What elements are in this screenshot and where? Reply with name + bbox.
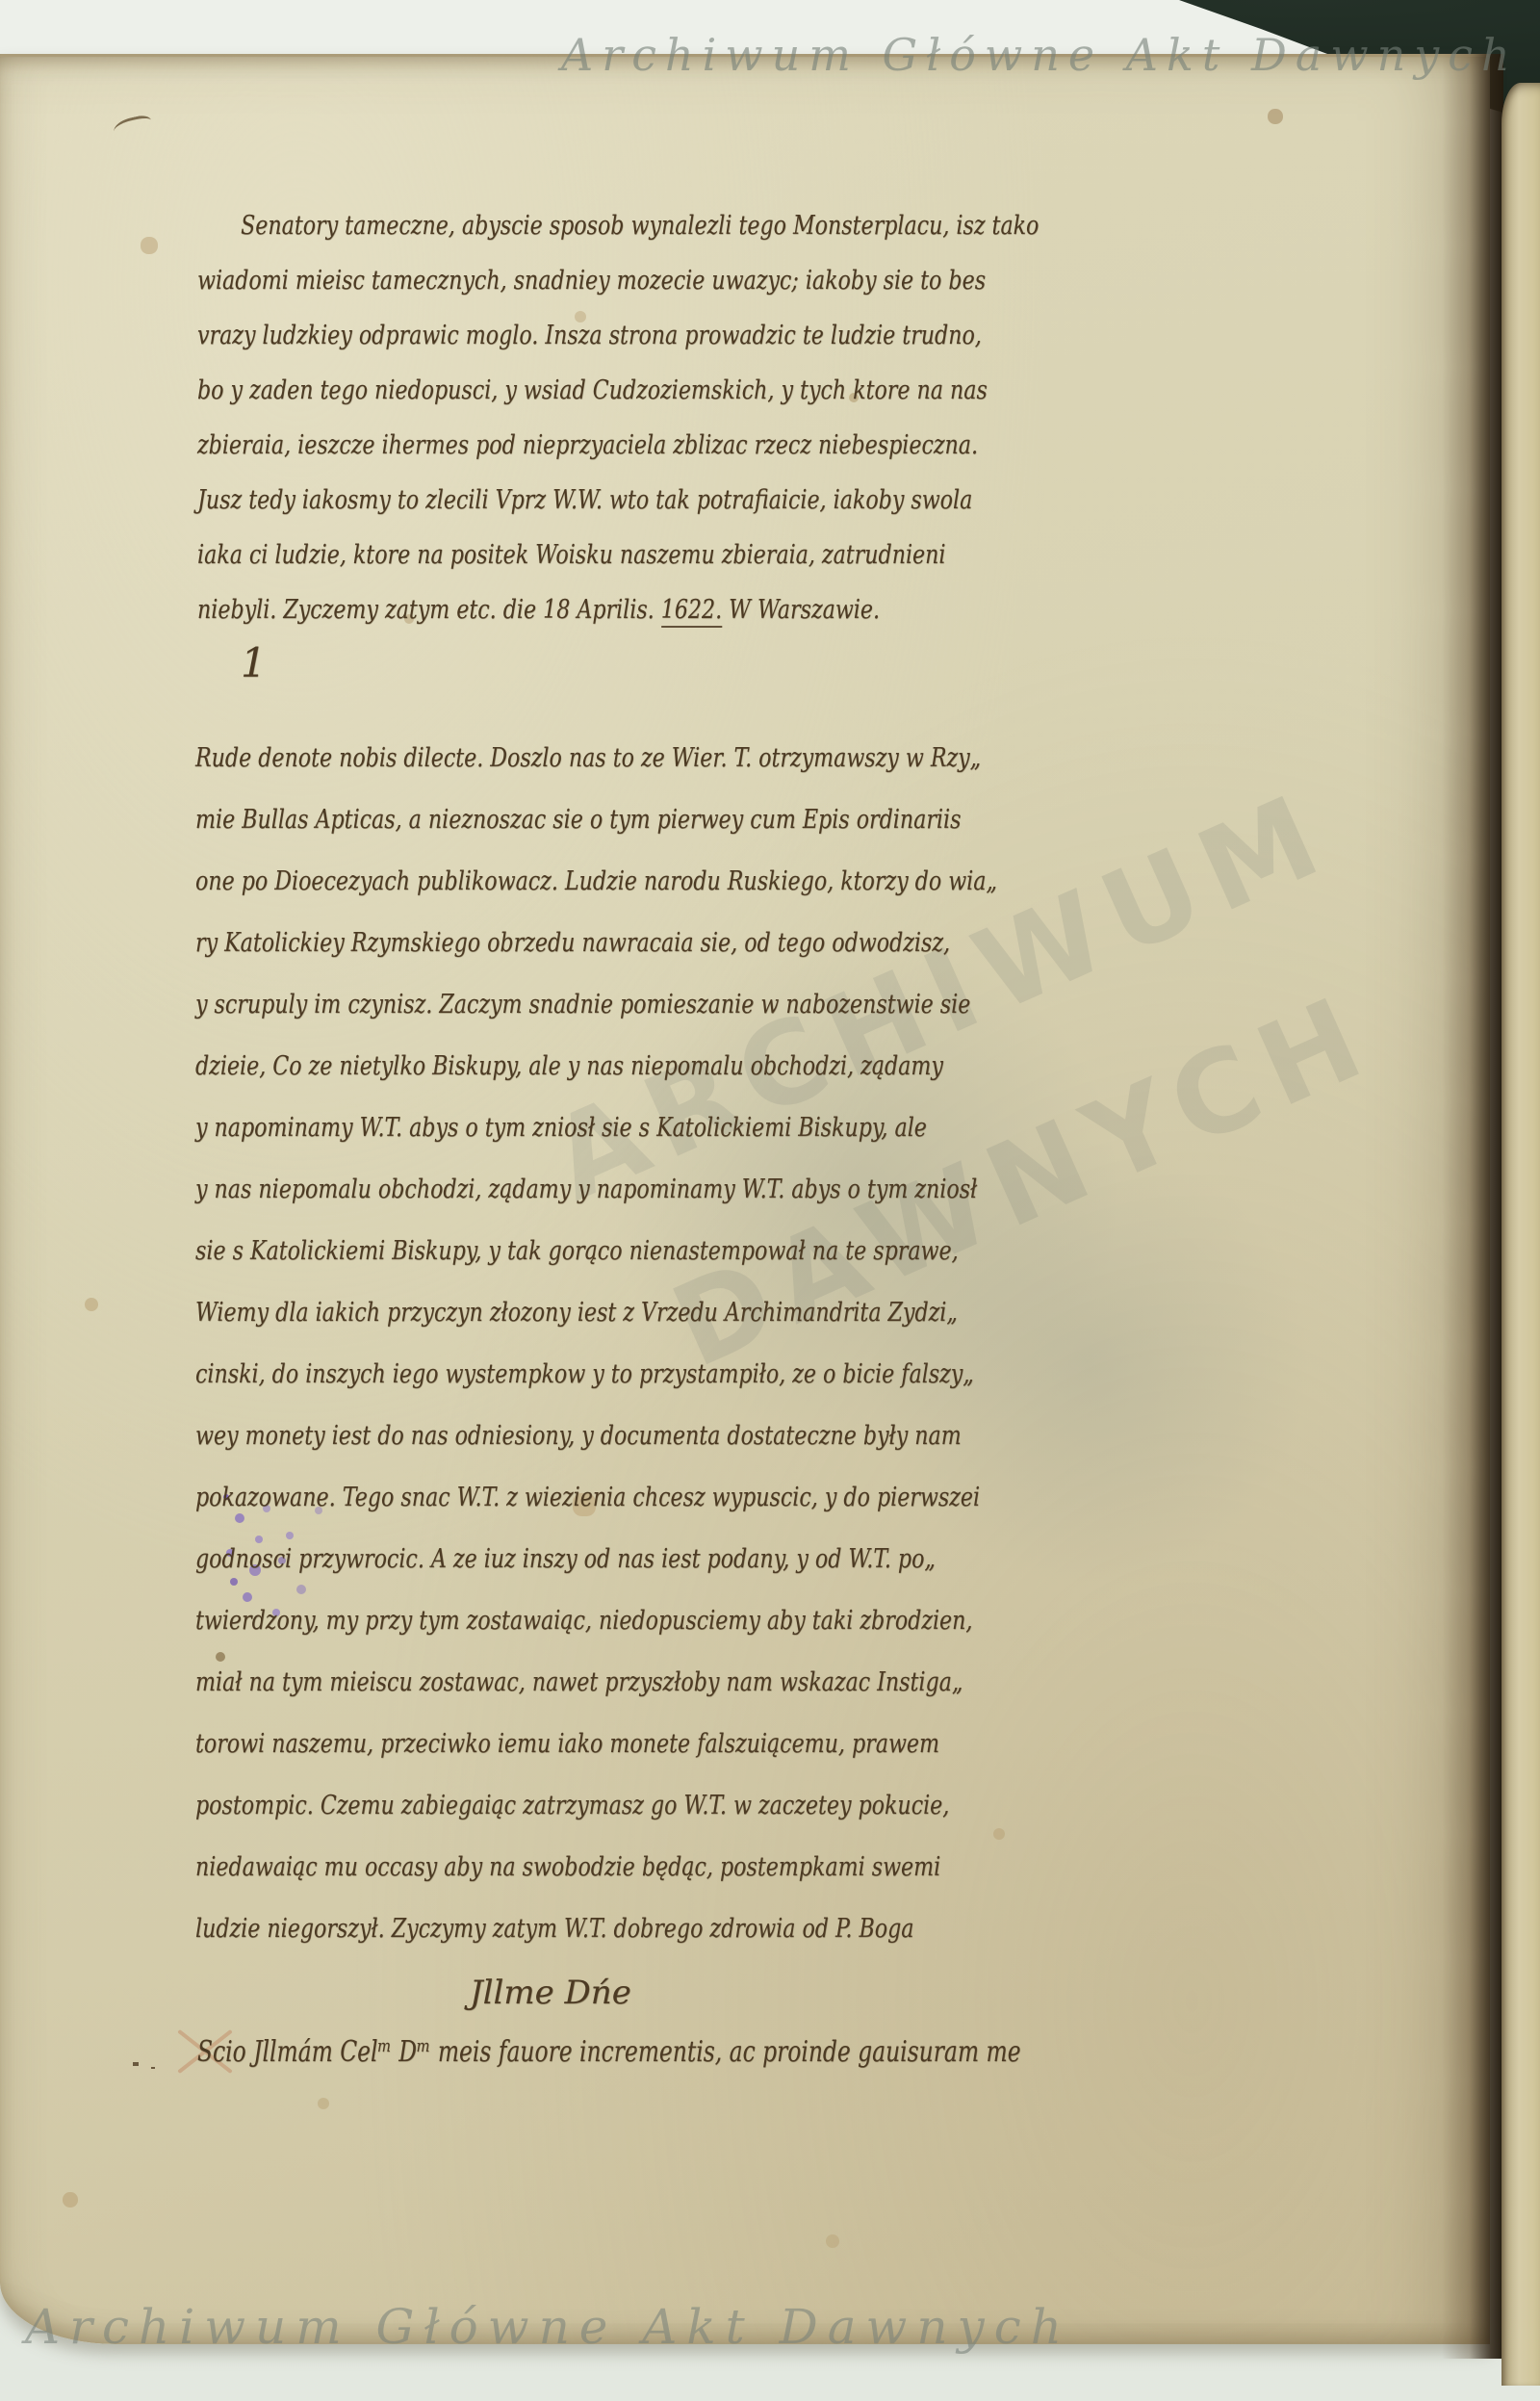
manuscript-line: vrazy ludzkiey odprawic moglo. Insza str… — [197, 308, 1039, 363]
manuscript-line: Rude denote nobis dilecte. Doszlo nas to… — [195, 728, 997, 789]
manuscript-line: mie Bullas Apticas, a nieznoszac sie o t… — [195, 789, 997, 851]
foxing-stains — [0, 0, 6, 6]
manuscript-line: bo y zaden tego niedopusci, y wsiad Cudz… — [197, 363, 1039, 418]
manuscript-line: y nas niepomalu obchodzi, ządamy y napom… — [195, 1159, 997, 1221]
book-gutter-shadow — [1442, 54, 1503, 2359]
manuscript-line: zbieraia, ieszcze ihermes pod nieprzyaci… — [197, 418, 1039, 473]
paragraph-1: Senatory tameczne, abyscie sposob wynale… — [197, 198, 1223, 637]
top-archive-watermark: Archiwum Główne Akt Dawnych — [561, 29, 1519, 81]
postscript-line: Scio Jllmám Celᵐ Dᵐ meis fauore incremen… — [197, 2035, 1021, 2069]
manuscript-line: iaka ci ludzie, ktore na positek Woisku … — [197, 528, 1039, 582]
dateline-pre: niebyli. Zyczemy zatym etc. die 18 April… — [197, 595, 661, 625]
manuscript-line: y scrupuly im czynisz. Zaczym snadnie po… — [195, 974, 997, 1036]
bottom-archive-watermark: Archiwum Główne Akt Dawnych — [25, 2299, 1071, 2355]
manuscript-line: wiadomi mieisc tamecznych, snadniey moze… — [197, 253, 1039, 308]
manuscript-line: cinski, do inszych iego wystempkow y to … — [195, 1344, 997, 1406]
dateline-year-underlined: 1622. — [661, 595, 722, 628]
manuscript-line: pokazowane. Tego snac W.T. z wiezienia c… — [195, 1467, 997, 1529]
manuscript-line: Jusz tedy iakosmy to zlecili Vprz W.W. w… — [197, 473, 1039, 528]
manuscript-line: one po Dioecezyach publikowacz. Ludzie n… — [195, 851, 997, 913]
margin-dash-mark — [133, 2062, 139, 2066]
manuscript-line: y napominamy W.T. abys o tym zniosł sie … — [195, 1097, 997, 1159]
manuscript-line-dated: niebyli. Zyczemy zatym etc. die 18 April… — [197, 582, 1039, 637]
dateline-place: W Warszawie. — [722, 595, 880, 625]
closing-salutation: Jllme Dńe — [470, 1974, 631, 2012]
manuscript-line: godnosci przywrocic. A ze iuz inszy od n… — [195, 1529, 997, 1590]
manuscript-line: miał na tym mieiscu zostawac, nawet przy… — [195, 1652, 997, 1714]
manuscript-line: Wiemy dla iakich przyczyn złozony iest z… — [195, 1282, 997, 1344]
manuscript-scan: ARCHIWUM DAWNYCH Senatory tameczne, abys… — [0, 0, 1540, 2401]
manuscript-line: sie s Katolickiemi Biskupy, y tak gorąco… — [195, 1221, 997, 1282]
manuscript-line: twierdzony, my przy tym zostawaiąc, nied… — [195, 1590, 997, 1652]
adjacent-page-edge — [1501, 83, 1540, 2386]
section-marker: 1 — [241, 639, 267, 686]
manuscript-line: ludzie niegorszył. Zyczymy zatym W.T. do… — [195, 1898, 997, 1960]
manuscript-line: wey monety iest do nas odniesiony, y doc… — [195, 1406, 997, 1467]
manuscript-line: niedawaiąc mu occasy aby na swobodzie bę… — [195, 1837, 997, 1898]
manuscript-line: postompic. Czemu zabiegaiąc zatrzymasz g… — [195, 1775, 997, 1837]
paragraph-2: Rude denote nobis dilecte. Doszlo nas to… — [195, 728, 1173, 1960]
manuscript-line: ry Katolickiey Rzymskiego obrzedu nawrac… — [195, 913, 997, 974]
manuscript-line: torowi naszemu, przeciwko iemu iako mone… — [195, 1714, 997, 1775]
manuscript-line: dzieie, Co ze nietylko Biskupy, ale y na… — [195, 1036, 997, 1097]
manuscript-line: Senatory tameczne, abyscie sposob wynale… — [197, 198, 1039, 253]
